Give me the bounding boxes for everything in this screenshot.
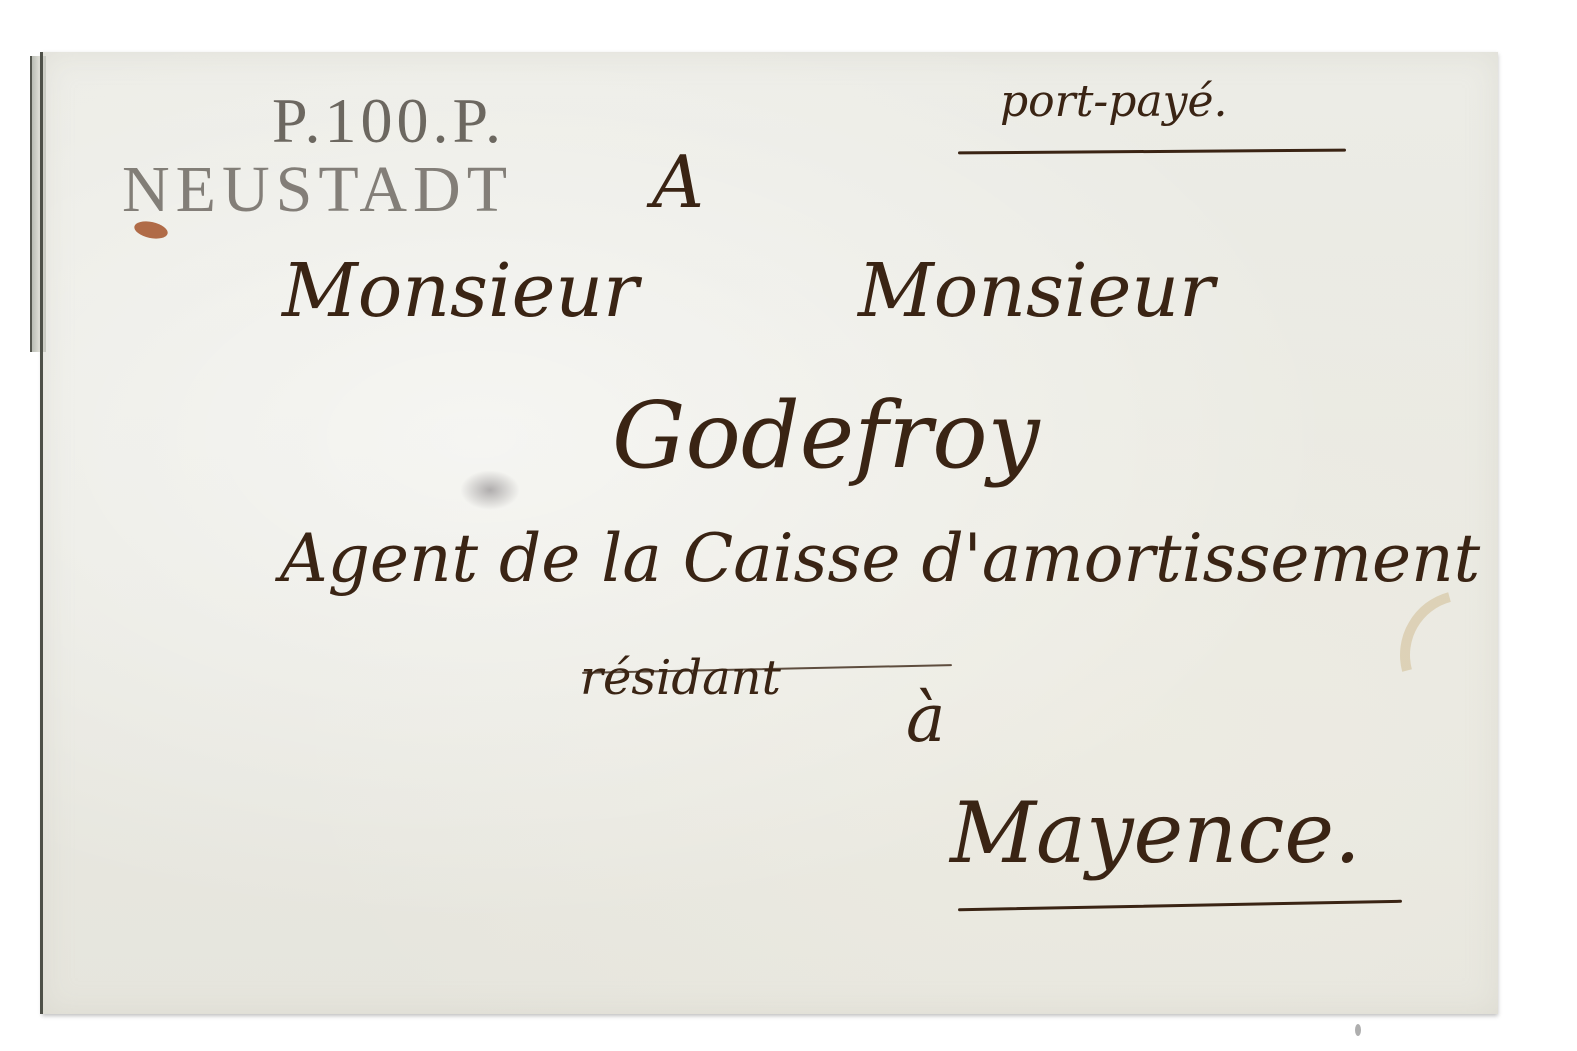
residence-word: résidant bbox=[580, 650, 781, 706]
postage-paid-note: port-payé. bbox=[1000, 76, 1228, 127]
postmark-rate-line: P.100.P. bbox=[272, 84, 505, 158]
addressee-name: Godefroy bbox=[612, 382, 1040, 489]
address-prefix: A bbox=[652, 140, 704, 224]
destination-city: Mayence. bbox=[950, 784, 1361, 882]
grey-smudge bbox=[460, 470, 520, 510]
letter-fold-flap bbox=[30, 56, 46, 352]
addressee-title: Agent de la Caisse d'amortissement bbox=[280, 520, 1480, 597]
postmark-town-line: NEUSTADT bbox=[122, 152, 513, 228]
scan-speck bbox=[1355, 1024, 1361, 1036]
letter-left-edge bbox=[40, 52, 43, 1014]
preposition-a: à bbox=[906, 680, 945, 757]
salutation-first: Monsieur bbox=[282, 248, 638, 334]
salutation-second: Monsieur bbox=[858, 248, 1214, 334]
